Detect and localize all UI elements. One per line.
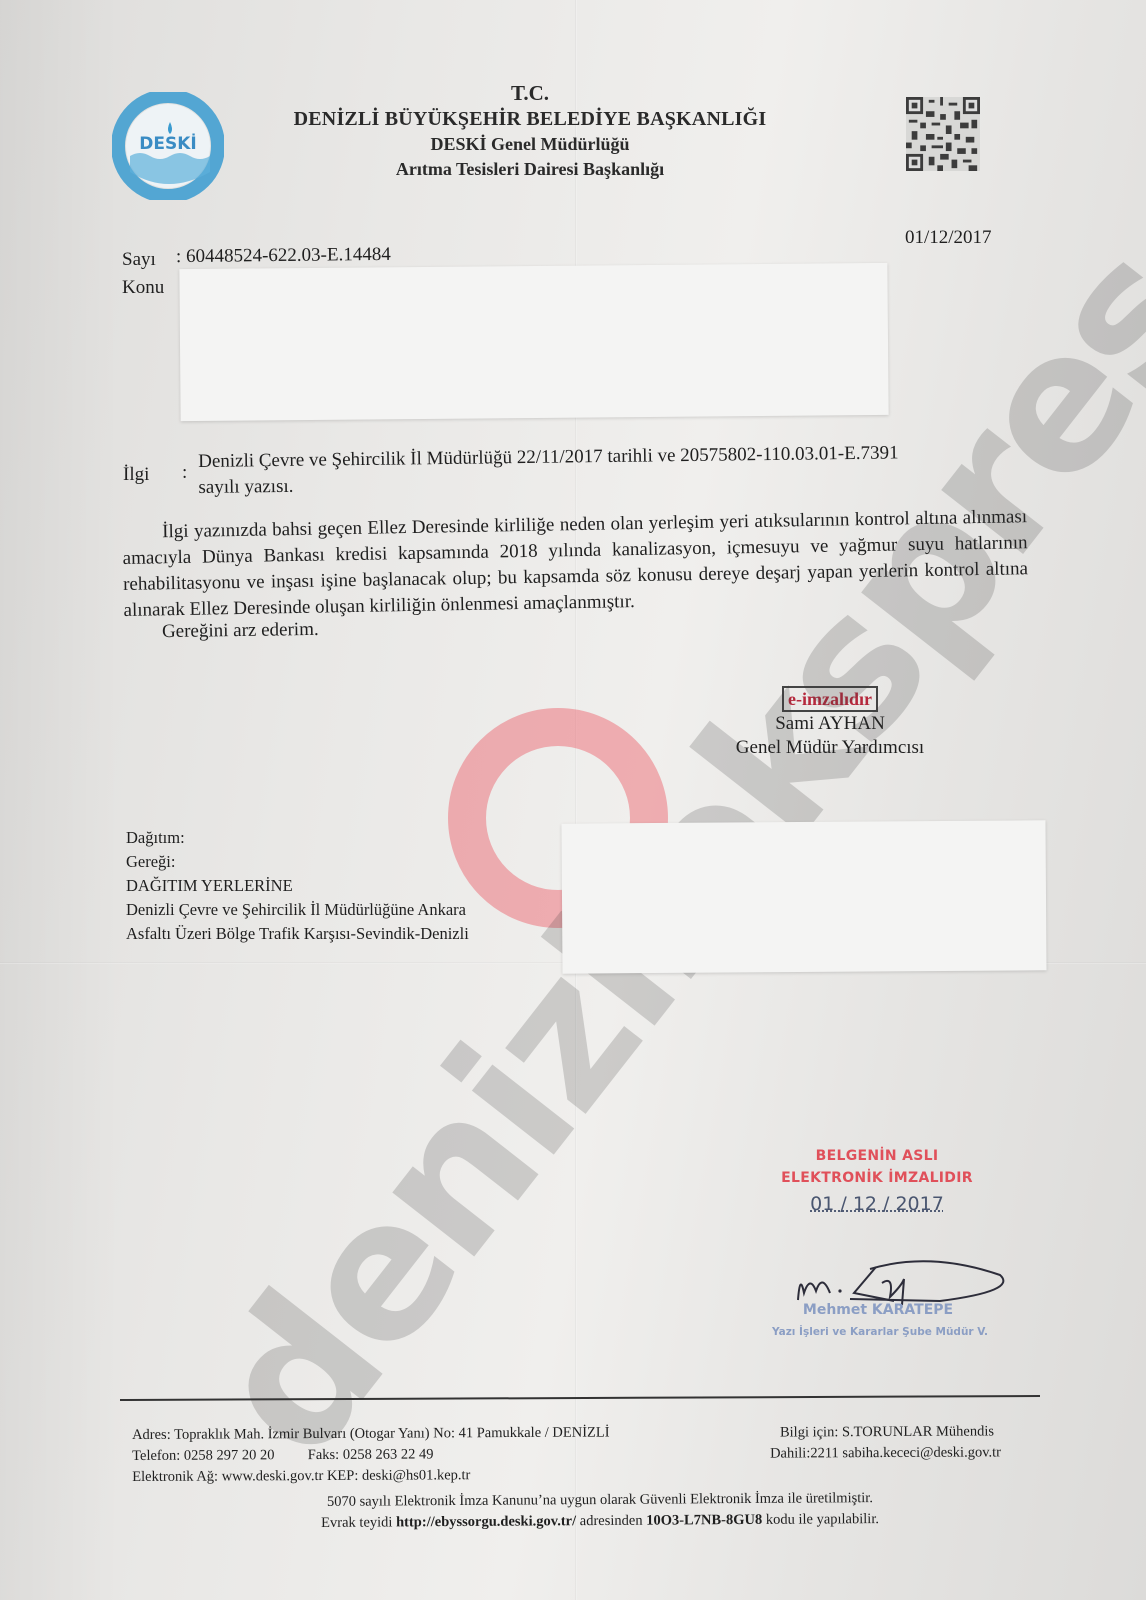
sayi-value: : 60448524-622.03-E.14484 [176, 244, 391, 268]
closing-line: Gereğini arz ederim. [162, 619, 319, 643]
header-department: Arıtma Tesisleri Dairesi Başkanlığı [270, 156, 790, 182]
header-directorate: DESKİ Genel Müdürlüğü [270, 132, 790, 156]
footer-info: Bilgi için: S.TORUNLAR Mühendis Dahili:2… [770, 1421, 1001, 1464]
header-municipality: DENİZLİ BÜYÜKŞEHİR BELEDİYE BAŞKANLIĞI [270, 106, 790, 132]
konu-label: Konu [122, 277, 164, 299]
gerek-label: Gereği: [126, 850, 469, 874]
stamp-date: 01 / 12 / 2017 [762, 1189, 992, 1219]
certified-copy-stamp: BELGENİN ASLI ELEKTRONİK İMZALIDIR 01 / … [762, 1145, 992, 1219]
stamp-officer-name: Mehmet KARATEPE [778, 1302, 978, 1318]
footer-info-contact: Bilgi için: S.TORUNLAR Mühendis [770, 1421, 1001, 1443]
distribution-group: DAĞITIM YERLERİNE [126, 874, 469, 898]
footer-address: Adres: Topraklık Mah. İzmir Bulvarı (Oto… [132, 1422, 610, 1446]
qr-code-icon [904, 97, 982, 171]
verify-mid: adresinden [580, 1513, 643, 1529]
verify-prefix: Evrak teyidi [321, 1514, 392, 1530]
stamp-line-2: ELEKTRONİK İMZALIDIR [762, 1167, 992, 1189]
deski-logo-icon: DESKİ [112, 92, 224, 200]
footer-phone: Telefon: 0258 297 20 20 [132, 1447, 274, 1464]
document-paper: DESKİ T.C. DENİZLİ BÜYÜKŞEHİR BELEDİYE B… [0, 0, 1146, 1600]
redaction-recipient [561, 820, 1046, 973]
letterhead: T.C. DENİZLİ BÜYÜKŞEHİR BELEDİYE BAŞKANL… [270, 80, 790, 182]
footer-fax: Faks: 0258 263 22 49 [308, 1446, 434, 1463]
footer-extension: Dahili:2211 sabiha.kececi@deski.gov.tr [770, 1442, 1001, 1464]
header-tc: T.C. [270, 80, 790, 106]
ilgi-label: İlgi [123, 464, 149, 486]
footer-phone-fax: Telefon: 0258 297 20 20 Faks: 0258 263 2… [132, 1443, 610, 1467]
sayi-label: Sayı [122, 249, 156, 271]
svg-text:DESKİ: DESKİ [139, 132, 196, 154]
distribution-line-1: Denizli Çevre ve Şehircilik İl Müdürlüğü… [126, 898, 469, 922]
footer-contact: Adres: Topraklık Mah. İzmir Bulvarı (Oto… [132, 1422, 610, 1487]
distribution-line-2: Asfaltı Üzeri Bölge Trafik Karşısı-Sevin… [126, 922, 469, 946]
verify-url[interactable]: http://ebyssorgu.deski.gov.tr/ [396, 1513, 576, 1530]
stamp-officer-role: Yazı İşleri ve Kararlar Şube Müdür V. [760, 1326, 1000, 1338]
stamp-line-1: BELGENİN ASLI [762, 1145, 992, 1167]
ilgi-colon: : [182, 462, 187, 484]
distribution-list: Dağıtım: Gereği: DAĞITIM YERLERİNE Deniz… [126, 826, 469, 946]
footer-web: Elektronik Ağ: www.deski.gov.tr KEP: des… [132, 1464, 610, 1488]
verify-suffix: kodu ile yapılabilir. [766, 1511, 879, 1528]
verify-code: 10O3-L7NB-8GU8 [646, 1512, 762, 1529]
paper-shadow [0, 0, 120, 1600]
document-date: 01/12/2017 [905, 227, 992, 249]
distribution-label: Dağıtım: [126, 826, 469, 850]
redaction-subject [179, 263, 888, 421]
footer-verify-line: Evrak teyidi http://ebyssorgu.deski.gov.… [260, 1509, 940, 1535]
footer-verification: 5070 sayılı Elektronik İmza Kanunu’na uy… [260, 1488, 940, 1535]
